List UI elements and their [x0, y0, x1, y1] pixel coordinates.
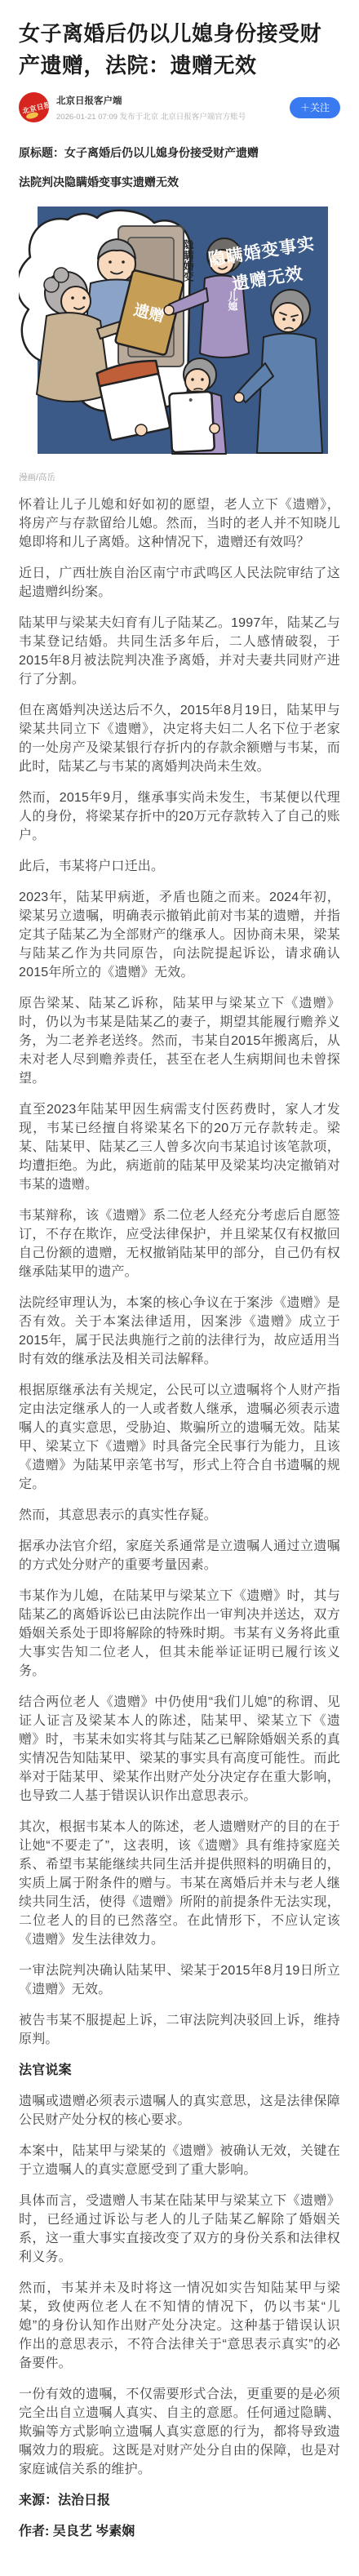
- article-paragraph: 据承办法官介绍，家庭关系通常是立遗嘱人通过立遗嘱的方式处分财产的重要考量因素。: [19, 1537, 340, 1574]
- article-paragraph: 直至2023年陆某甲因生病需支付医药费时，家人才发现，韦某已经擅自将梁某名下的2…: [19, 1100, 340, 1194]
- article-paragraph: 怀着让儿子儿媳和好如初的愿望，老人立下《遗赠》，将房产与存款留给儿媳。然而，当时…: [19, 495, 340, 552]
- source-line: 来源：法治日报: [19, 2491, 340, 2510]
- cartoon-illustration-svg: 遗赠: [19, 207, 340, 466]
- publisher-row: 北京日报 北京日报客户端 2026-01-21 07:09 发布于北京 北京日报…: [19, 92, 340, 122]
- bubble-vertical-label: 隐瞒婚变: [182, 238, 195, 282]
- article-page: 女子离婚后仍以儿媳身份接受财产遗赠，法院：遗赠无效 北京日报 北京日报客户端 2…: [0, 0, 359, 2576]
- original-title: 原标题：女子离婚后仍以儿媳身份接受财产遗赠: [19, 144, 340, 161]
- article-paragraph: 陆某甲与梁某夫妇育有儿子陆某乙。1997年，陆某乙与韦某登记结婚。共同生活多年后…: [19, 614, 340, 689]
- publisher-avatar-text: 北京日报: [21, 100, 49, 116]
- article-paragraph: 遗嘱或遗赠必须表示遗嘱人的真实意思，这是法律保障公民财产处分权的核心要求。: [19, 2092, 340, 2130]
- follow-button[interactable]: ＋关注: [290, 97, 340, 118]
- article-paragraph: 然而，其意思表示的真实性存疑。: [19, 1506, 340, 1525]
- article-paragraph: 一份有效的遗嘱，不仅需要形式合法，更重要的是必须完全出自立遗嘱人真实、自主的意愿…: [19, 2385, 340, 2479]
- article-paragraph: 结合两位老人《遗赠》中仍使用“我们儿媳”的称谓、见证人证言及梁某本人的陈述，陆某…: [19, 1693, 340, 1805]
- article-paragraph: 本案中，陆某甲与梁某的《遗赠》被确认无效，关键在于立遗嘱人的真实意愿受到了重大影…: [19, 2142, 340, 2179]
- article-paragraph: 根据原继承法有关规定，公民可以立遗嘱将个人财产指定由法定继承人的一人或者数人继承…: [19, 1381, 340, 1494]
- publish-meta: 2026-01-21 07:09 发布于北京 北京日报客户端官方账号: [56, 110, 290, 122]
- article-paragraph: 韦某作为儿媳，在陆某甲与梁某立下《遗赠》时，其与陆某乙的离婚诉讼已由法院作出一审…: [19, 1587, 340, 1681]
- publisher-avatar[interactable]: 北京日报: [19, 92, 49, 122]
- article-body: 怀着让儿子儿媳和好如初的愿望，老人立下《遗赠》，将房产与存款留给儿媳。然而，当时…: [19, 495, 340, 2479]
- article-paragraph: 2023年，陆某甲病逝，矛盾也随之而来。2024年初，梁某另立遗嘱，明确表示撤销…: [19, 888, 340, 982]
- article-paragraph: 其次，根据韦某本人的陈述，老人遗赠财产的目的在于让她“不要走了”，这表明，该《遗…: [19, 1818, 340, 1949]
- article-paragraph: 近日，广西壮族自治区南宁市武鸣区人民法院审结了这起遗赠纠纷案。: [19, 564, 340, 602]
- illustration-caption: 漫画/高岳: [19, 471, 340, 483]
- article-paragraph: 但在离婚判决送达后不久，2015年8月19日，陆某甲与梁某共同立下《遗赠》，决定…: [19, 701, 340, 776]
- page-title: 女子离婚后仍以儿媳身份接受财产遗赠，法院：遗赠无效: [19, 18, 340, 82]
- article-paragraph: 韦某辩称，该《遗赠》系二位老人经充分考虑后自愿签订，不存在欺诈，应受法律保护，并…: [19, 1206, 340, 1281]
- publisher-info: 北京日报客户端 2026-01-21 07:09 发布于北京 北京日报客户端官方…: [56, 94, 290, 122]
- article-paragraph: 然而，2015年9月，继承事实尚未发生，韦某便以代理人的身份，将梁某存折中的20…: [19, 788, 340, 845]
- article-paragraph: 法官说案: [19, 2061, 340, 2080]
- article-paragraph: 法院经审理认为，本案的核心争议在于案涉《遗赠》是否有效。关于本案法律适用，因案涉…: [19, 1294, 340, 1369]
- article-paragraph: 具体而言，受遗赠人韦某在陆某甲与梁某立下《遗赠》时，已经通过诉讼与老人的儿子陆某…: [19, 2192, 340, 2267]
- article-paragraph: 原告梁某、陆某乙诉称，陆某甲与梁某立下《遗赠》时，仍以为韦某是陆某乙的妻子，期望…: [19, 994, 340, 1088]
- publisher-name[interactable]: 北京日报客户端: [56, 94, 290, 107]
- hand: [135, 424, 147, 436]
- article-subtitle: 法院判决隐瞒婚变事实遗赠无效: [19, 174, 340, 190]
- article-paragraph: 此后，韦某将户口迁出。: [19, 857, 340, 876]
- article-illustration[interactable]: 遗赠: [19, 207, 340, 466]
- article-paragraph: 一审法院判决确认陆某甲、梁某于2015年8月19日所立《遗赠》无效。: [19, 1961, 340, 1999]
- article-paragraph: 被告韦某不服提起上诉，二审法院判决驳回上诉，维持原判。: [19, 2011, 340, 2049]
- daughter-in-law-label: 儿媳: [227, 291, 238, 312]
- author-line: 作者: 吴良艺 岑素娴: [19, 2522, 340, 2541]
- article-paragraph: 然而，韦某并未及时将这一情况如实告知陆某甲与梁某，致使两位老人在不知情的情况下，…: [19, 2279, 340, 2373]
